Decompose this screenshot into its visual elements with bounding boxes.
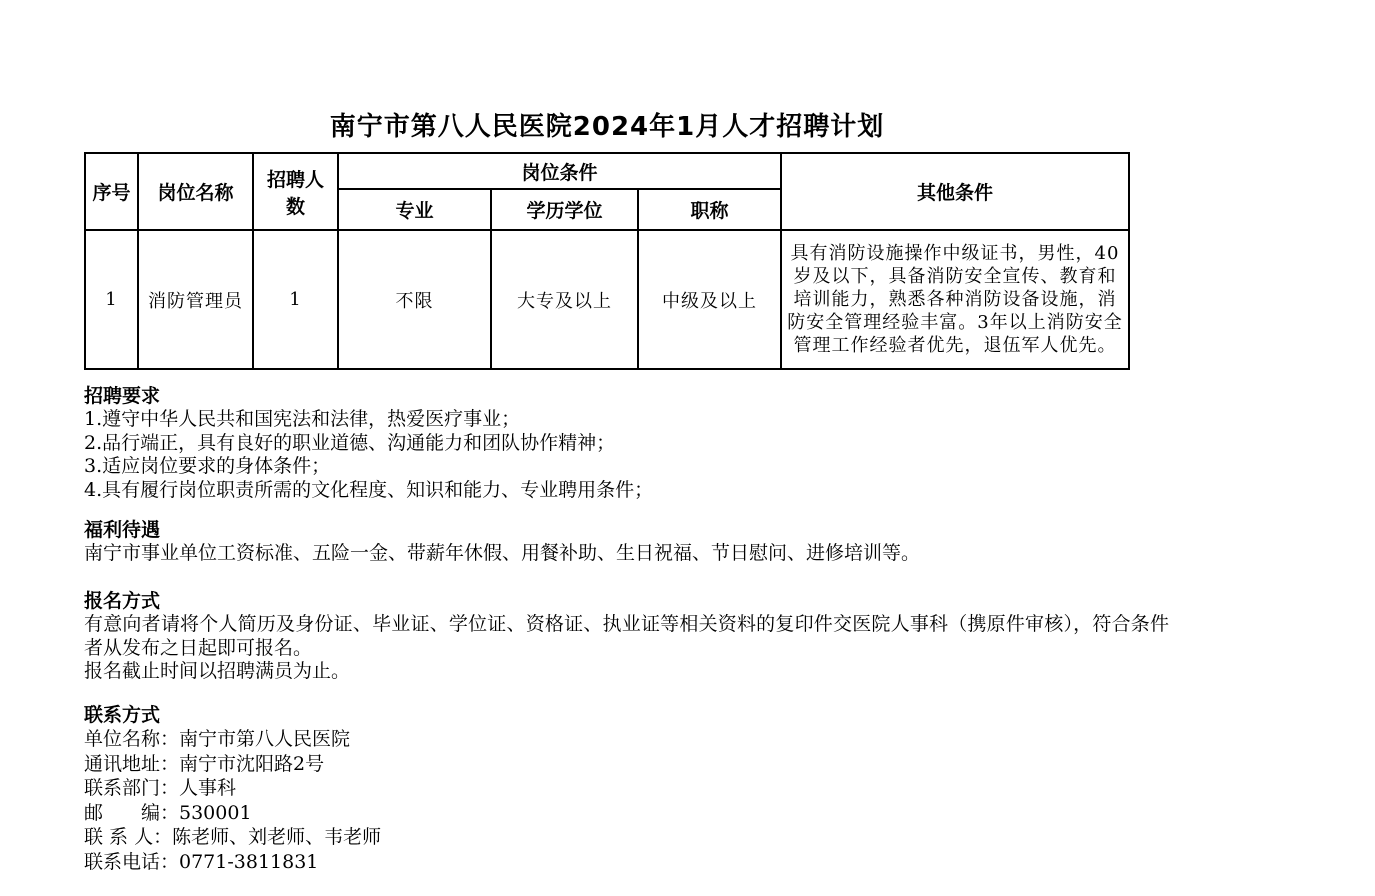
contact-heading: 联系方式 — [84, 703, 1169, 727]
table-row: 1 消防管理员 1 不限 大专及以上 中级及以上 具有消防设施操作中级证书，男性… — [85, 230, 1129, 369]
cell-major: 不限 — [338, 230, 491, 369]
cell-other-conditions: 具有消防设施操作中级证书，男性，40岁及以下，具备消防安全宣传、教育和培训能力，… — [781, 230, 1129, 369]
col-header-other: 其他条件 — [781, 153, 1129, 230]
recruitment-table: 序号 岗位名称 招聘人数 岗位条件 其他条件 专业 学历学位 职称 1 消防管理… — [84, 152, 1130, 370]
contact-unit-name: 单位名称：南宁市第八人民医院 — [84, 727, 1169, 752]
col-header-education: 学历学位 — [491, 189, 638, 230]
application-heading: 报名方式 — [84, 589, 1169, 613]
benefits-text: 南宁市事业单位工资标准、五险一金、带薪年休假、用餐补助、生日祝福、节日慰问、进修… — [84, 542, 1169, 566]
contact-address: 通讯地址：南宁市沈阳路2号 — [84, 752, 1169, 777]
section-contact: 联系方式 单位名称：南宁市第八人民医院 通讯地址：南宁市沈阳路2号 联系部门：人… — [84, 703, 1169, 874]
requirement-item: 1.遵守中华人民共和国宪法和法律，热爱医疗事业； — [84, 408, 1169, 432]
document-page: 南宁市第八人民医院2024年1月人才招聘计划 序号 岗位名称 招聘人数 岗位条件… — [0, 0, 1375, 896]
contact-phone: 联系电话：0771-3811831 — [84, 850, 1169, 875]
cell-count: 1 — [253, 230, 338, 369]
col-header-no: 序号 — [85, 153, 138, 230]
cell-position: 消防管理员 — [138, 230, 253, 369]
cell-no: 1 — [85, 230, 138, 369]
section-requirements: 招聘要求 1.遵守中华人民共和国宪法和法律，热爱医疗事业； 2.品行端正，具有良… — [84, 384, 1169, 502]
document-title: 南宁市第八人民医院2024年1月人才招聘计划 — [84, 106, 1130, 143]
col-header-job-title: 职称 — [638, 189, 781, 230]
application-instructions: 有意向者请将个人简历及身份证、毕业证、学位证、资格证、执业证等相关资料的复印件交… — [84, 613, 1169, 660]
requirement-item: 2.品行端正，具有良好的职业道德、沟通能力和团队协作精神； — [84, 432, 1169, 456]
section-benefits: 福利待遇 南宁市事业单位工资标准、五险一金、带薪年休假、用餐补助、生日祝福、节日… — [84, 518, 1169, 566]
col-header-major: 专业 — [338, 189, 491, 230]
requirements-heading: 招聘要求 — [84, 384, 1169, 408]
requirement-item: 4.具有履行岗位职责所需的文化程度、知识和能力、专业聘用条件； — [84, 479, 1169, 503]
contact-persons: 联 系 人：陈老师、刘老师、韦老师 — [84, 825, 1169, 850]
cell-education: 大专及以上 — [491, 230, 638, 369]
application-deadline: 报名截止时间以招聘满员为止。 — [84, 660, 1169, 684]
contact-department: 联系部门：人事科 — [84, 776, 1169, 801]
contact-postcode: 邮 编：530001 — [84, 801, 1169, 826]
benefits-heading: 福利待遇 — [84, 518, 1169, 542]
cell-job-title: 中级及以上 — [638, 230, 781, 369]
requirement-item: 3.适应岗位要求的身体条件； — [84, 455, 1169, 479]
table-header-row-1: 序号 岗位名称 招聘人数 岗位条件 其他条件 — [85, 153, 1129, 189]
col-header-count: 招聘人数 — [253, 153, 338, 230]
col-header-conditions: 岗位条件 — [338, 153, 781, 189]
col-header-position: 岗位名称 — [138, 153, 253, 230]
section-application: 报名方式 有意向者请将个人简历及身份证、毕业证、学位证、资格证、执业证等相关资料… — [84, 589, 1169, 684]
